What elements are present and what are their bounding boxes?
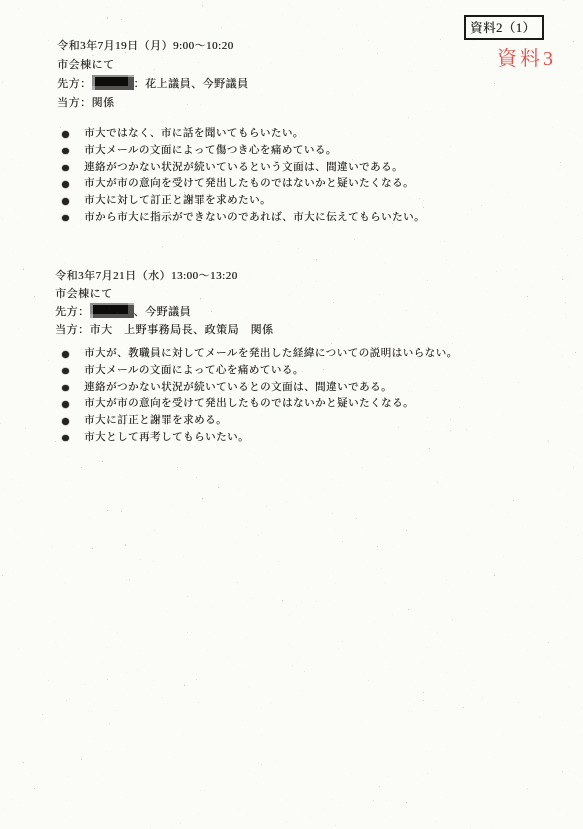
meeting-1-datetime: 令和3年7月19日（月）9:00～10:20	[57, 37, 537, 56]
meeting-1-their-side: 先方：：花上議員、今野議員	[57, 75, 537, 94]
meeting-1-our-side: 当方：関係	[57, 94, 537, 113]
meeting-2-datetime: 令和3年7月21日（水）13:00～13:20	[55, 267, 535, 285]
meeting-1-header: 令和3年7月19日（月）9:00～10:20 市会棟にて 先方：：花上議員、今野…	[57, 37, 537, 113]
bullet-item: 市大が市の意向を受けて発出したものではないかと疑いたくなる。	[58, 396, 558, 413]
bullet-marker-icon	[62, 435, 69, 442]
meeting-2-our-side: 当方：市大 上野事務局長、政策局 関係	[55, 321, 535, 339]
their-side-names: 、今野議員	[134, 306, 192, 318]
bullet-item: 市大メールの文面によって心を痛めている。	[58, 363, 558, 380]
bullet-marker-icon	[62, 215, 69, 222]
bullet-marker-icon	[62, 418, 69, 425]
their-side-names: ：花上議員、今野議員	[134, 78, 249, 90]
meeting-2-their-side: 先方：、今野議員	[55, 303, 535, 321]
bullet-marker-icon	[62, 198, 69, 205]
meeting-1-location: 市会棟にて	[57, 56, 537, 75]
bullet-marker-icon	[62, 181, 69, 188]
scanned-document-page: 資料2（1） 資料3 令和3年7月19日（月）9:00～10:20 市会棟にて …	[0, 0, 583, 829]
redaction-box	[90, 303, 134, 318]
bullet-item: 市大に訂正と謝罪を求める。	[58, 413, 558, 430]
their-side-prefix: 先方：	[57, 78, 92, 90]
bullet-item: 連絡がつかない状況が続いているという文面は、間違いである。	[58, 160, 558, 177]
bullet-marker-icon	[62, 165, 69, 172]
bullet-item: 市大が市の意向を受けて発出したものではないかと疑いたくなる。	[58, 176, 558, 193]
bullet-item: 市大として再考してもらいたい。	[58, 430, 558, 447]
bullet-item: 市大が、教職員に対してメールを発出した経緯についての説明はいらない。	[58, 346, 558, 363]
bullet-item: 市大ではなく、市に話を聞いてもらいたい。	[58, 126, 558, 143]
their-side-prefix: 先方：	[55, 306, 90, 318]
bullet-marker-icon	[62, 351, 69, 358]
bullet-item: 市大に対して訂正と謝罪を求めたい。	[58, 193, 558, 210]
bullet-item: 連絡がつかない状況が続いているとの文面は、間違いである。	[58, 380, 558, 397]
meeting-2-points: 市大が、教職員に対してメールを発出した経緯についての説明はいらない。 市大メール…	[58, 346, 558, 447]
meeting-2-location: 市会棟にて	[55, 285, 535, 303]
bullet-marker-icon	[62, 401, 69, 408]
bullet-item: 市大メールの文面によって傷つき心を痛めている。	[58, 143, 558, 160]
redaction-box	[92, 75, 134, 90]
bullet-marker-icon	[62, 131, 69, 138]
bullet-marker-icon	[62, 148, 69, 155]
meeting-1-points: 市大ではなく、市に話を聞いてもらいたい。 市大メールの文面によって傷つき心を痛め…	[58, 126, 558, 227]
meeting-2-header: 令和3年7月21日（水）13:00～13:20 市会棟にて 先方：、今野議員 当…	[55, 267, 535, 339]
bullet-marker-icon	[62, 385, 69, 392]
bullet-marker-icon	[62, 368, 69, 375]
bullet-item: 市から市大に指示ができないのであれば、市大に伝えてもらいたい。	[58, 210, 558, 227]
